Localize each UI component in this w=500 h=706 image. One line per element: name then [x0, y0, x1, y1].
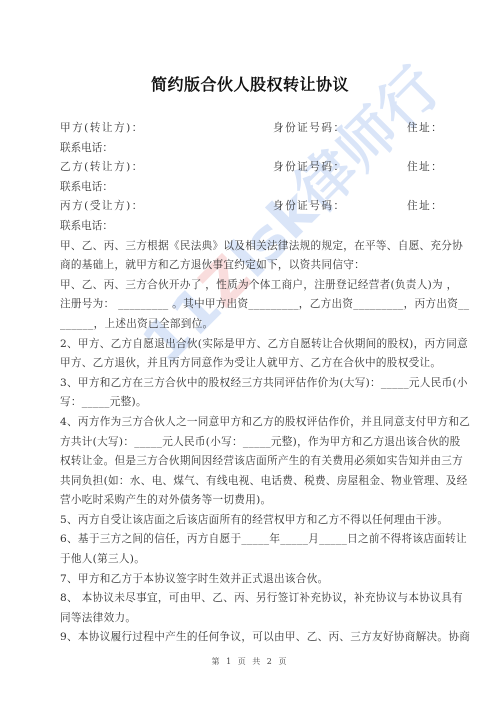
clause-6: 6、基于三方之间的信任，丙方自愿于_____年_____月_____日之前不得将…: [60, 530, 440, 550]
clause-9: 9、本协议履行过程中产生的任何争议，可以由甲、乙、丙、三方友好协商解决。协商: [60, 628, 440, 648]
text-line: 于他人(第三人)。: [60, 550, 440, 570]
party-c-phone-label: 联系电话：: [60, 217, 440, 237]
text-line: 方共计(大写)：_____元人民币(小写：_____元整)，作为甲方和乙方退出该…: [60, 433, 440, 453]
text-line: 权转让金。但是三方合伙期间因经营该店面所产生的有关费用必须如实告知并由三方: [60, 452, 440, 472]
party-a-phone-label: 联系电话：: [60, 139, 440, 159]
clause-3: 3、甲方和乙方在三方合伙中的股权经三方共同评估作价为(大写)：_____元人民币…: [60, 374, 440, 394]
text-line: 共同负担(如：水、电、煤气、有线电视、电话费、税费、房屋租金、物业管理、及经: [60, 472, 440, 492]
text-line: 同等法律效力。: [60, 609, 440, 629]
party-c-role: 丙方(受让方)：: [60, 197, 144, 217]
text-line: ______，上述出资已全部到位。: [60, 315, 440, 335]
party-a-id-label: 身份证号码：: [273, 119, 346, 139]
clause-5: 5、丙方自受让该店面之后该店面所有的经营权甲方和乙方不得以任何理由干涉。: [60, 511, 440, 531]
party-b-role: 乙方(转让方)：: [60, 158, 144, 178]
page-number: 第 1 页 共 2 页: [0, 656, 500, 667]
text-line: 营小吃时采购产生的对外债务等一切费用)。: [60, 491, 440, 511]
text-line: 甲、乙、丙、三方根据《民法典》以及相关法律法规的规定，在平等、自愿、充分协: [60, 237, 440, 257]
document-title: 简约版合伙人股权转让协议: [0, 72, 500, 95]
text-line: 注册号为： _________ 。其中甲方出资_________，乙方出资___…: [60, 295, 440, 315]
party-b-row: 乙方(转让方)： 身份证号码： 住址：: [60, 158, 440, 178]
clause-8: 8、 本协议未尽事宜，可由甲、乙、丙、另行签订补充协议，补充协议与本协议具有: [60, 589, 440, 609]
party-a-role: 甲方(转让方)：: [60, 119, 144, 139]
text-line: 商的基础上，就甲方和乙方退伙事宜约定如下，以资共同信守：: [60, 256, 440, 276]
party-b-address-label: 住址：: [407, 158, 443, 178]
party-b-id-label: 身份证号码：: [273, 158, 346, 178]
text-line: 甲、乙、丙、三方合伙开办了 ，性质为个体工商户，注册登记经营者(负责人)为 ，: [60, 276, 440, 296]
party-c-row: 丙方(受让方)： 身份证号码： 住址：: [60, 197, 440, 217]
clause-4: 4、丙方作为三方合伙人之一同意甲方和乙方的股权评估作价，并且同意支付甲方和乙: [60, 413, 440, 433]
party-b-phone-label: 联系电话：: [60, 178, 440, 198]
text-line: 甲方、乙方退伙，并且丙方同意作为受让人就甲方、乙方在合伙中的股权受让。: [60, 354, 440, 374]
party-a-row: 甲方(转让方)： 身份证号码： 住址：: [60, 119, 440, 139]
party-a-address-label: 住址：: [407, 119, 443, 139]
clause-7: 7、甲方和乙方于本协议签字时生效并正式退出该合伙。: [60, 570, 440, 590]
party-c-id-label: 身份证号码：: [273, 197, 346, 217]
text-line: 写：_____元整)。: [60, 393, 440, 413]
document-body: 甲方(转让方)： 身份证号码： 住址： 联系电话： 乙方(转让方)： 身份证号码…: [60, 119, 440, 648]
clause-2: 2、甲方、乙方自愿退出合伙(实际是甲方、乙方自愿转让合伙期间的股权)，丙方同意: [60, 335, 440, 355]
party-c-address-label: 住址：: [407, 197, 443, 217]
document-page: 11Zlsk律师行 简约版合伙人股权转让协议 甲方(转让方)： 身份证号码： 住…: [0, 0, 500, 706]
